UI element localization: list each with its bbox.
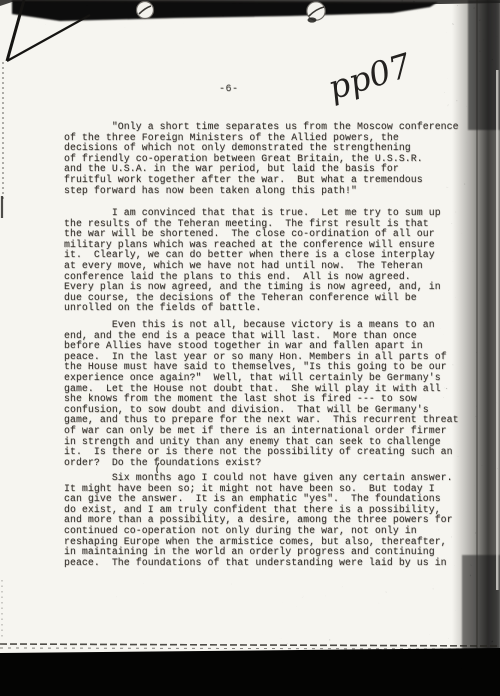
paragraph-peace: Even this is not all, because victory is… (64, 320, 466, 468)
scanned-document-page: -6- "Only a short time separates us from… (0, 0, 500, 696)
paragraph-teheran-results: I am convinced that that is true. Let me… (64, 208, 466, 314)
paragraph-quote: "Only a short time separates us from the… (64, 122, 466, 196)
handwritten-annotation-text: pp07 (323, 45, 415, 107)
paragraph-answer: Six months ago I could not have given an… (64, 473, 466, 568)
handwritten-annotation: pp07 (312, 22, 452, 117)
